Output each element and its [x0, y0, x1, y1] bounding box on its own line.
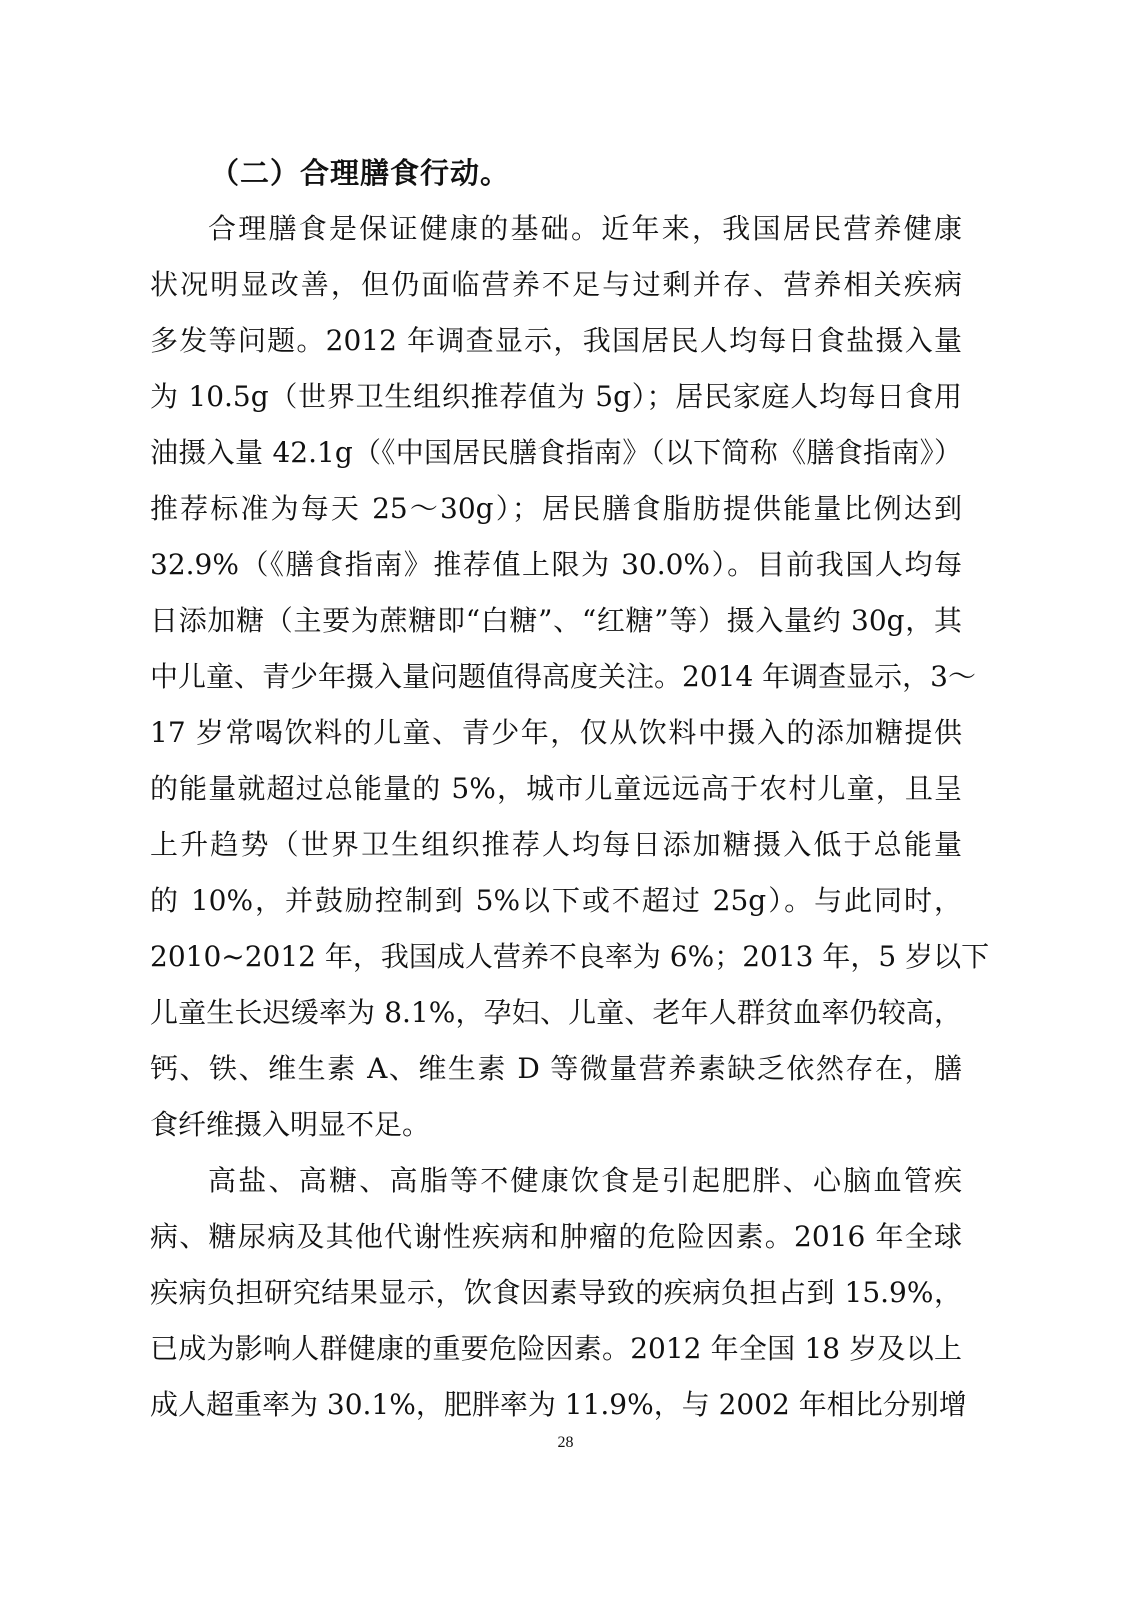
text-line: 油摄入量 42.1g（《中国居民膳食指南》（以下简称《膳食指南》）: [150, 425, 962, 481]
text-line: 推荐标准为每天 25～30g）；居民膳食脂肪提供能量比例达到: [150, 481, 962, 537]
text-line: 疾病负担研究结果显示，饮食因素导致的疾病负担占到 15.9%，: [150, 1265, 962, 1321]
document-body: （二）合理膳食行动。 合理膳食是保证健康的基础。近年来，我国居民营养健康 状况明…: [150, 145, 962, 1433]
text-line: 儿童生长迟缓率为 8.1%，孕妇、儿童、老年人群贫血率仍较高，: [150, 985, 962, 1041]
section-heading: （二）合理膳食行动。: [150, 145, 962, 201]
text-line: 32.9%（《膳食指南》推荐值上限为 30.0%）。目前我国人均每: [150, 537, 962, 593]
text-line: 成人超重率为 30.1%，肥胖率为 11.9%，与 2002 年相比分别增: [150, 1377, 962, 1433]
text-line: 食纤维摄入明显不足。: [150, 1097, 962, 1153]
paragraph-diet-status: 合理膳食是保证健康的基础。近年来，我国居民营养健康 状况明显改善，但仍面临营养不…: [150, 201, 962, 1153]
text-line: 2010~2012 年，我国成人营养不良率为 6%；2013 年，5 岁以下: [150, 929, 962, 985]
text-line: 状况明显改善，但仍面临营养不足与过剩并存、营养相关疾病: [150, 257, 962, 313]
page-number: 28: [0, 1434, 1131, 1452]
text-line: 的能量就超过总能量的 5%，城市儿童远远高于农村儿童，且呈: [150, 761, 962, 817]
text-line: 的 10%，并鼓励控制到 5%以下或不超过 25g）。与此同时，: [150, 873, 962, 929]
document-page: （二）合理膳食行动。 合理膳食是保证健康的基础。近年来，我国居民营养健康 状况明…: [0, 0, 1131, 1600]
text-line: 已成为影响人群健康的重要危险因素。2012 年全国 18 岁及以上: [150, 1321, 962, 1377]
paragraph-unhealthy-diet-risks: 高盐、高糖、高脂等不健康饮食是引起肥胖、心脑血管疾 病、糖尿病及其他代谢性疾病和…: [150, 1153, 962, 1433]
text-line: 日添加糖（主要为蔗糖即“白糖”、“红糖”等）摄入量约 30g，其: [150, 593, 962, 649]
text-line: 中儿童、青少年摄入量问题值得高度关注。2014 年调查显示，3～: [150, 649, 962, 705]
text-line: 病、糖尿病及其他代谢性疾病和肿瘤的危险因素。2016 年全球: [150, 1209, 962, 1265]
text-line: 高盐、高糖、高脂等不健康饮食是引起肥胖、心脑血管疾: [150, 1153, 962, 1209]
text-line: 多发等问题。2012 年调查显示，我国居民人均每日食盐摄入量: [150, 313, 962, 369]
text-line: 上升趋势（世界卫生组织推荐人均每日添加糖摄入低于总能量: [150, 817, 962, 873]
text-line: 17 岁常喝饮料的儿童、青少年，仅从饮料中摄入的添加糖提供: [150, 705, 962, 761]
text-line: 合理膳食是保证健康的基础。近年来，我国居民营养健康: [150, 201, 962, 257]
text-line: 钙、铁、维生素 A、维生素 D 等微量营养素缺乏依然存在，膳: [150, 1041, 962, 1097]
text-line: 为 10.5g（世界卫生组织推荐值为 5g）；居民家庭人均每日食用: [150, 369, 962, 425]
